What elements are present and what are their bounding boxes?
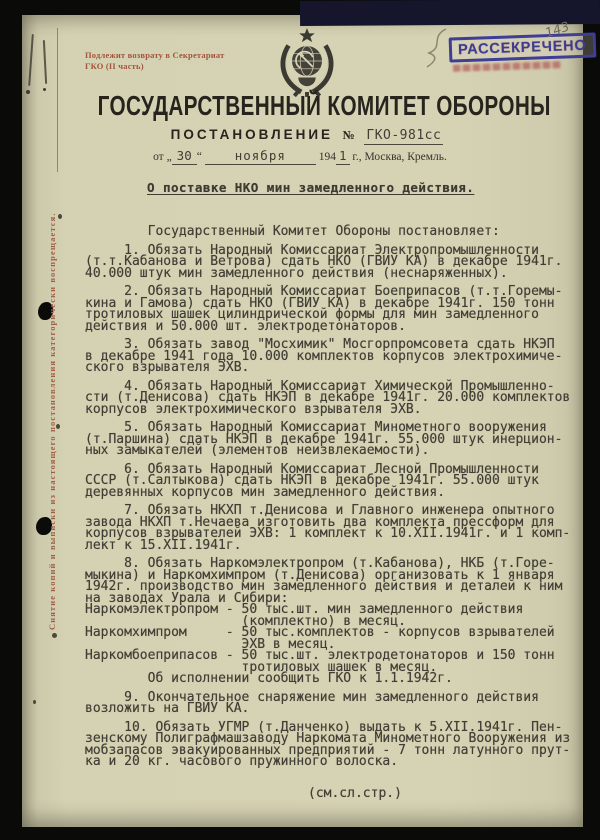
date-year-printed: 194 (319, 151, 336, 163)
date-quote-open: „ (167, 151, 172, 163)
date-month: ноября (205, 148, 316, 165)
decree-number: ГКО-981сс (364, 128, 443, 145)
date-year-typed: 1 (336, 148, 350, 165)
date-prefix: от (153, 151, 164, 163)
date-suffix: г., Москва, Кремль. (352, 151, 447, 163)
decree-line: ПОСТАНОВЛЕНИЕ № ГКО-981сс (0, 124, 600, 143)
continuation-note: (см.сл.стр.) (308, 786, 402, 801)
paper-speck (33, 700, 36, 704)
scanned-decree-screenshot: { "page": { "handwritten_number": "143" … (0, 0, 600, 840)
doc-paragraph-4: 4. Обязать Народный Комиссариат Химическ… (85, 381, 585, 416)
number-sign: № (343, 128, 355, 142)
doc-paragraph-5: 5. Обязать Народный Комиссариат Минометн… (85, 422, 585, 457)
return-notice-line2: ГКО (II часть) (85, 61, 265, 72)
paper-speck (58, 214, 62, 219)
resolution-intro: Государственный Комитет Обороны постанов… (85, 226, 585, 238)
document-body: Государственный Комитет Обороны постанов… (85, 226, 585, 775)
organization-title: ГОСУДАРСТВЕННЫЙ КОМИТЕТ ОБОРОНЫ (0, 90, 600, 122)
doc-paragraph-7: 7. Обязать НКХП т.Денисова и Главного ин… (85, 505, 585, 551)
declassified-stamp: РАССЕКРЕЧЕНО (449, 32, 596, 62)
margin-prohibition-note: Снятие копий и выписки из настоящего пос… (47, 168, 57, 630)
ussr-state-emblem-icon (276, 26, 338, 98)
doc-paragraph-3: 3. Обязать завод "Мосхимик" Мосгорпромсо… (85, 339, 585, 374)
pencil-squiggle (424, 27, 454, 69)
doc-paragraph-6: 6. Обязать Народный Комиссариат Лесной П… (85, 464, 585, 499)
subject-heading: О поставке НКО мин замедленного действия… (147, 180, 474, 195)
return-notice-stamp: Подлежит возврату в Секретариат ГКО (II … (85, 50, 265, 71)
doc-paragraph-8: 8. Обязать Наркомэлектропром (т.Кабанова… (85, 558, 585, 685)
doc-paragraph-10: 10. Обязать УГМР (т.Данченко) выдать к 5… (85, 722, 585, 768)
doc-paragraph-1: 1. Обязать Народный Комиссариат Электроп… (85, 245, 585, 280)
date-line: от „30“ ноября 1941 г., Москва, Кремль. (0, 148, 600, 163)
doc-paragraph-2: 2. Обязать Народный Комиссариат Боеприпа… (85, 286, 585, 332)
return-notice-line1: Подлежит возврату в Секретариат (85, 50, 265, 61)
paper-speck (52, 633, 57, 638)
date-day: 30 (172, 148, 197, 165)
decree-label: ПОСТАНОВЛЕНИЕ (171, 127, 333, 142)
date-quote-close: “ (197, 151, 202, 163)
doc-paragraph-9: 9. Окончательное снаряжение мин замедлен… (85, 692, 585, 715)
organization-title-text: ГОСУДАРСТВЕННЫЙ КОМИТЕТ ОБОРОНЫ (98, 90, 551, 122)
